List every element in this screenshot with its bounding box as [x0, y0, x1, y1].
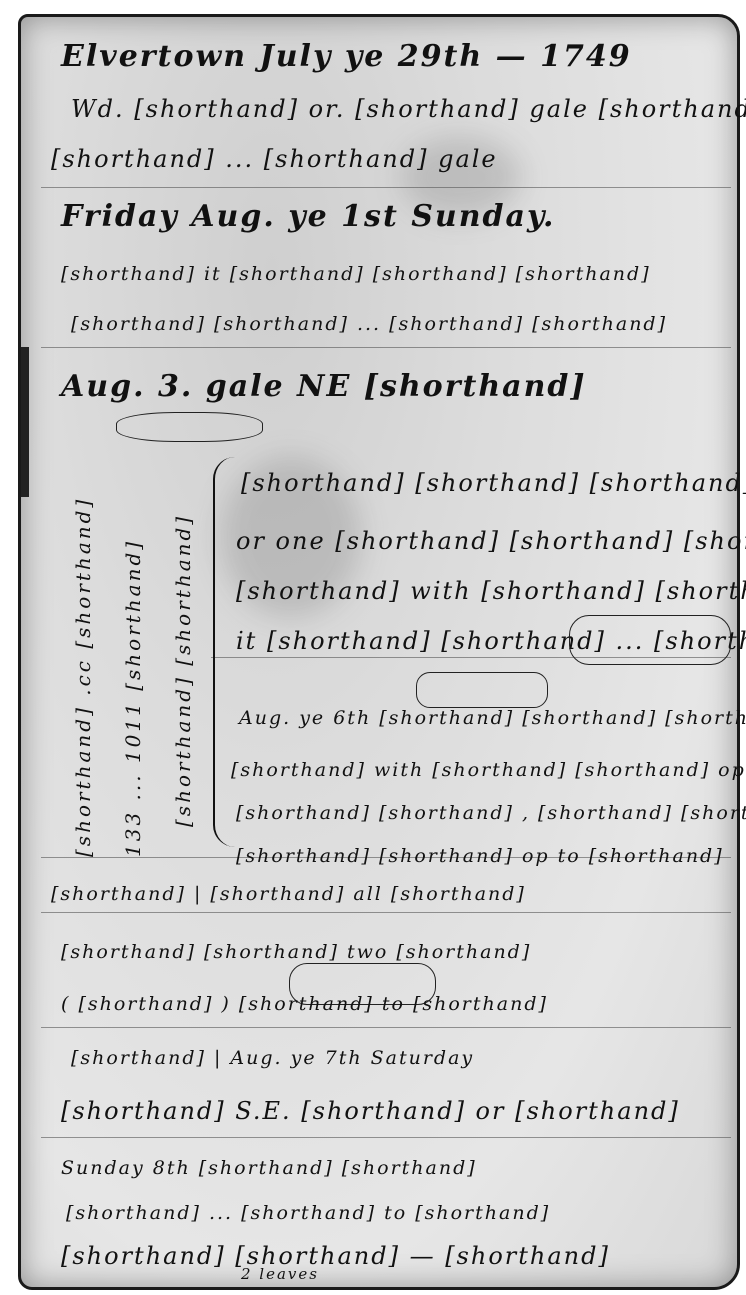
- margin-column: 133 ... 1011 [shorthand]: [121, 467, 145, 857]
- footer-note: 2 leaves: [241, 1265, 319, 1283]
- binding-edge: [21, 347, 29, 497]
- entry-line: [shorthand] [shorthand] op to [shorthand…: [236, 845, 724, 867]
- entry-line: [shorthand] with [shorthand] [shorthand]…: [231, 759, 746, 781]
- entry-date-aug1: Friday Aug. ye 1st Sunday.: [61, 199, 555, 234]
- entry-line: [shorthand] it [shorthand] [shorthand] […: [61, 263, 651, 285]
- entry-line: ( [shorthand] ) [shorthand] to [shorthan…: [61, 993, 548, 1015]
- entry-date-aug7: [shorthand] | Aug. ye 7th Saturday: [71, 1047, 474, 1069]
- ruled-line: [41, 347, 731, 348]
- entry-date-sunday8: Sunday 8th [shorthand] [shorthand]: [61, 1157, 477, 1179]
- entry-line: [shorthand] S.E. [shorthand] or [shortha…: [61, 1097, 680, 1125]
- circled-note: [569, 615, 731, 665]
- entry-line: [shorthand] [shorthand] , [shorthand] [s…: [236, 802, 746, 824]
- margin-column: [shorthand] [shorthand]: [171, 577, 195, 827]
- entry-line: [shorthand] with [shorthand] [shorthand]: [236, 577, 746, 605]
- margin-column: [shorthand] .cc [shorthand]: [71, 487, 95, 857]
- entry-line: [shorthand] | [shorthand] all [shorthand…: [51, 883, 526, 905]
- entry-header: Elvertown July ye 29th — 1749: [61, 39, 632, 74]
- ruled-line: [41, 187, 731, 188]
- entry-line: [shorthand] ... [shorthand] to [shorthan…: [66, 1202, 550, 1224]
- entry-line: [shorthand] [shorthand] ... [shorthand] …: [71, 313, 667, 335]
- entry-date-aug3: Aug. 3. gale NE [shorthand]: [61, 369, 587, 404]
- entry-line: [shorthand] [shorthand] two [shorthand]: [61, 941, 531, 963]
- circled-note: [116, 412, 263, 442]
- entry-line: or one [shorthand] [shorthand] [shorthan…: [236, 527, 746, 555]
- entry-line: [shorthand] ... [shorthand] gale: [51, 145, 498, 173]
- notebook-page: Elvertown July ye 29th — 1749 Wd. [short…: [18, 14, 740, 1290]
- ruled-line: [41, 1027, 731, 1028]
- entry-line: [shorthand] [shorthand] — [shorthand]: [61, 1242, 610, 1270]
- entry-date-aug6: Aug. ye 6th [shorthand] [shorthand] [sho…: [239, 707, 746, 729]
- entry-line: Wd. [shorthand] or. [shorthand] gale [sh…: [71, 95, 746, 123]
- circled-note: [416, 672, 548, 708]
- brace: [213, 457, 235, 847]
- entry-line: [shorthand] [shorthand] [shorthand] 50 […: [241, 469, 746, 497]
- ruled-line: [41, 912, 731, 913]
- ruled-line: [41, 1137, 731, 1138]
